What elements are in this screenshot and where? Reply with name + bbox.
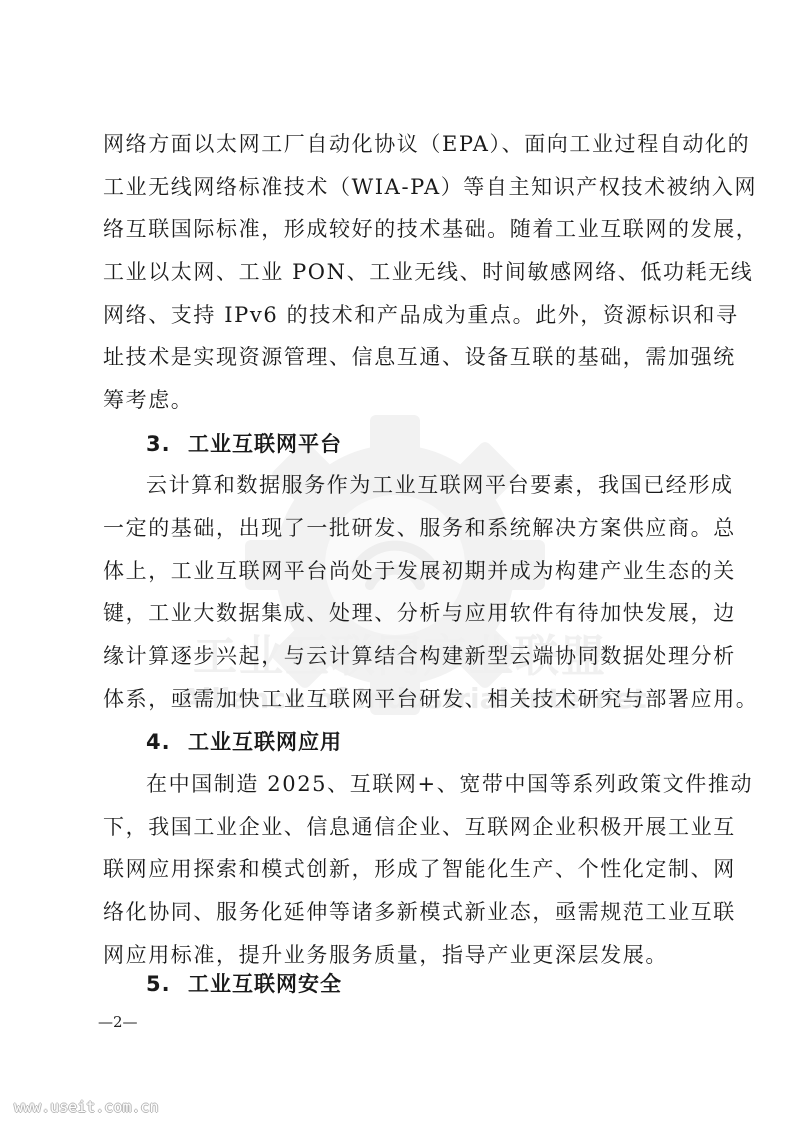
section-title: 工业互联网安全 [188,972,342,996]
paragraph-line: 网络方面以太网工厂自动化协议（EPA）、面向工业过程自动化的 [103,129,693,159]
paragraph-line: 联网应用探索和模式创新，形成了智能化生产、个性化定制、网 [103,854,693,884]
paragraph-line: 云计算和数据服务作为工业互联网平台要素，我国已经形成 [146,470,693,500]
paragraph-line: 键，工业大数据集成、处理、分析与应用软件有待加快发展，边 [103,598,693,628]
paragraph-line: 网络、支持 IPv6 的技术和产品成为重点。此外，资源标识和寻 [103,300,693,330]
section-heading-3: 3.工业互联网平台 [146,428,342,458]
paragraph-line: 一定的基础，出现了一批研发、服务和系统解决方案供应商。总 [103,513,693,543]
paragraph-line: 下，我国工业企业、信息通信企业、互联网企业积极开展工业互 [103,812,693,842]
paragraph-line: 体上，工业互联网平台尚处于发展初期并成为构建产业生态的关 [103,556,693,586]
paragraph-line: 络互联国际标准，形成较好的技术基础。随着工业互联网的发展， [103,214,693,244]
section-number: 5. [146,972,188,996]
paragraph-line: 在中国制造 2025、互联网+、宽带中国等系列政策文件推动 [146,769,693,799]
section-heading-5: 5.工业互联网安全 [146,968,342,998]
paragraph-line: 工业以太网、工业 PON、工业无线、时间敏感网络、低功耗无线 [103,257,693,287]
section-number: 4. [146,730,188,754]
paragraph-line: 工业无线网络标准技术（WIA-PA）等自主知识产权技术被纳入网 [103,172,693,202]
section-number: 3. [146,432,188,456]
paragraph-line: 筹考虑。 [103,385,693,415]
paragraph-line: 址技术是实现资源管理、信息互通、设备互联的基础，需加强统 [103,342,693,372]
paragraph-line: 络化协同、服务化延伸等诸多新模式新业态，亟需规范工业互联 [103,897,693,927]
section-heading-4: 4.工业互联网应用 [146,726,342,756]
section-title: 工业互联网平台 [188,432,342,456]
site-watermark: www.useit.com.cn [14,1098,159,1116]
document-page: 工业互联网产业联盟 Alliance of Industrial Interne… [0,0,794,1123]
page-number: —2— [98,1013,138,1031]
paragraph-line: 缘计算逐步兴起，与云计算结合构建新型云端协同数据处理分析 [103,641,693,671]
paragraph-line: 网应用标准，提升业务服务质量，指导产业更深层发展。 [103,940,693,970]
section-title: 工业互联网应用 [188,730,342,754]
paragraph-line: 体系，亟需加快工业互联网平台研发、相关技术研究与部署应用。 [103,684,693,714]
